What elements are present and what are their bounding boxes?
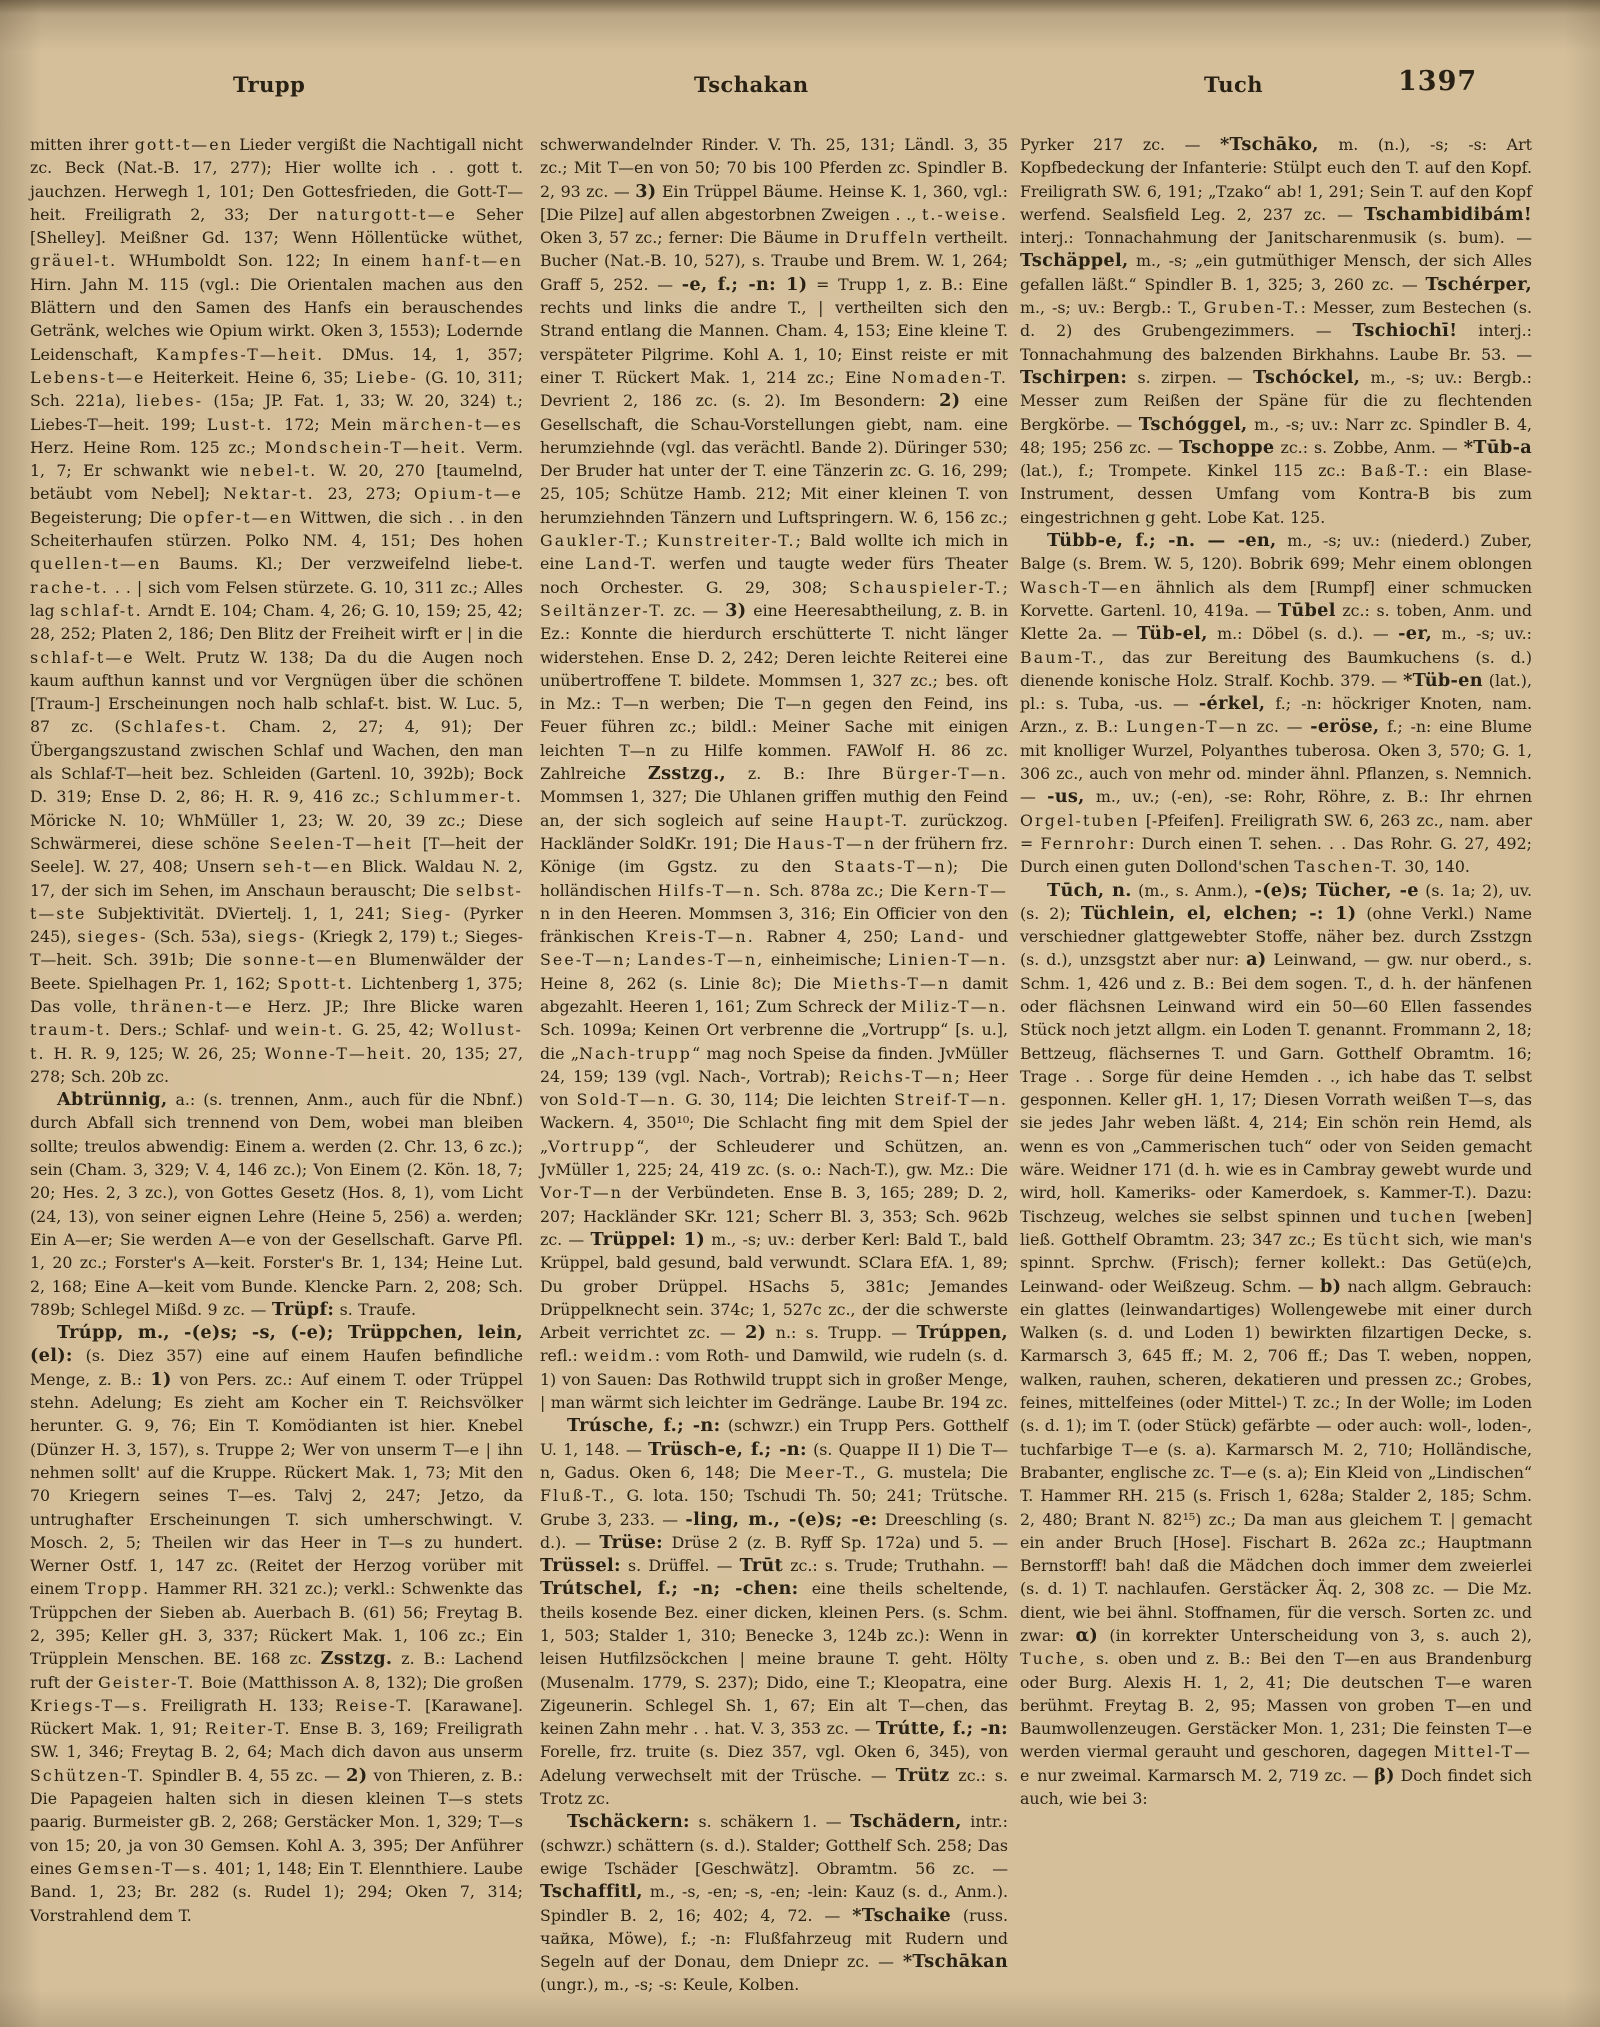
emphasized-term: Gruben-T. [1204, 298, 1301, 317]
headword: Tūbel [1278, 600, 1336, 621]
emphasized-term: Vortrupp [548, 1137, 636, 1156]
emphasized-term: Gaukler-T. [540, 531, 643, 550]
emphasized-term: Baß-T. [1361, 461, 1423, 480]
entry-paragraph: Abtrünnig, a.: (s. trennen, Anm., auch f… [30, 1088, 523, 1321]
emphasized-term: rache-t. [30, 578, 109, 597]
entry-continuation-paragraph: mitten ihrer gott-t—en Lieder vergißt di… [30, 133, 523, 1088]
emphasized-term: Lust-t. [207, 415, 274, 434]
headword: Trūt [740, 1555, 783, 1576]
headword: Tūch, n. [1047, 880, 1132, 901]
emphasized-term: Seiltänzer-T. [540, 601, 667, 620]
headword: -eröse, [1310, 716, 1379, 737]
emphasized-term: Sold-T—n. [577, 1090, 678, 1109]
emphasized-term: Kunstreiter-T. [657, 531, 796, 550]
entry-paragraph: Tschäckern: s. schäkern 1. — Tschädern, … [540, 1810, 1008, 1996]
headword: *Tüb-en [1403, 670, 1483, 691]
headword: *Tūb-a [1464, 437, 1532, 458]
headword: Tübb-e, f.; -n. — -en, [1047, 530, 1277, 551]
headword: Trútschel, f.; -n; -chen: [540, 1578, 798, 1599]
emphasized-term: Kriegs-T—s. [30, 1696, 149, 1715]
emphasized-term: traum-t. [30, 1020, 112, 1039]
emphasized-term: Nektar-t. [223, 484, 315, 503]
headword: Tschäckern: [567, 1811, 690, 1832]
entry-paragraph: Tübb-e, f.; -n. — -en, m., -s; uv.: (nie… [1020, 529, 1532, 878]
emphasized-term: Kreis-T—n. [646, 927, 755, 946]
text-column-2: schwerwandelnder Rinder. V. Th. 25, 131;… [540, 133, 1008, 1997]
headword: α) [1075, 1625, 1098, 1646]
emphasized-term: See-T—n [540, 950, 626, 969]
headword: 3) [635, 181, 656, 202]
emphasized-term: opfer-t—en [183, 508, 293, 527]
emphasized-term: Spott-t. [277, 974, 354, 993]
emphasized-term: Meer-T., [785, 1463, 867, 1482]
emphasized-term: Schauspieler-T. [849, 578, 1003, 597]
headword: Tschaffitl, [540, 1881, 643, 1902]
headword: 1) [150, 1369, 171, 1390]
headword: Zsstzg., [648, 763, 726, 784]
headword: *Tschākan [903, 1951, 1008, 1972]
headword: -e, f.; -n: 1) [682, 274, 808, 295]
page-number: 1397 [1398, 66, 1477, 97]
headword: Trüpf: [272, 1299, 334, 1320]
emphasized-term: Land- [910, 927, 966, 946]
headword: -er, [1398, 623, 1432, 644]
emphasized-term: Hilfs-T—n. [658, 881, 763, 900]
emphasized-term: siegs- [248, 927, 307, 946]
emphasized-term: Kampfes-T—heit. [156, 345, 324, 364]
emphasized-term: Gemsen-T—s. [78, 1859, 210, 1878]
emphasized-term: Seelen-T—heit [269, 834, 412, 853]
emphasized-term: Wonne-T—heit. [265, 1044, 414, 1063]
emphasized-term: seh-t—en [263, 857, 354, 876]
entry-paragraph: Trúpp, m., -(e)s; -s, (-e); Trüppchen, l… [30, 1321, 523, 1927]
entry-paragraph: Tūch, n. (m., s. Anm.), -(e)s; Tücher, -… [1020, 879, 1532, 1811]
entry-continuation-paragraph: schwerwandelnder Rinder. V. Th. 25, 131;… [540, 133, 1008, 1414]
emphasized-term: Opium-t—e [414, 484, 523, 503]
emphasized-term: Nomaden-T. [892, 368, 1008, 387]
emphasized-term: schlaf-t—e [30, 648, 135, 667]
emphasized-term: Fluß-T., [540, 1486, 617, 1505]
emphasized-term: weidm. [584, 1346, 655, 1365]
emphasized-term: t.-weise. [922, 205, 1008, 224]
emphasized-term: tücht [1349, 1230, 1401, 1249]
headword: -us, [1047, 786, 1085, 807]
headword: a) [1246, 949, 1266, 970]
headword: Tschóggel, [1139, 414, 1248, 435]
emphasized-term: Druffeln [845, 228, 928, 247]
emphasized-term: Geister-T. [98, 1673, 195, 1692]
headword: Trüppel: 1) [590, 1229, 705, 1250]
emphasized-term: nebel-t. [240, 461, 318, 480]
entry-continuation-paragraph: Pyrker 217 zc. — *Tschāko, m. (n.), -s; … [1020, 133, 1532, 529]
headword: Trúppen, [917, 1322, 1008, 1343]
headword: Tschambidibám! [1364, 204, 1532, 225]
emphasized-term: Land-T. [585, 554, 658, 573]
running-head-left: Trupp [233, 72, 305, 97]
headword: Tschäppel, [1020, 250, 1128, 271]
emphasized-term: Bürger-T—n. [882, 764, 1008, 783]
emphasized-term: Taschen-T. [1294, 857, 1398, 876]
emphasized-term: Fernrohr [1040, 834, 1129, 853]
emphasized-term: Staats-T—n [834, 857, 947, 876]
emphasized-term: Orgel-tuben [1020, 811, 1140, 830]
emphasized-term: Liebe- [356, 368, 418, 387]
emphasized-term: märchen-t—es [382, 415, 523, 434]
emphasized-term: Reichs-T—n [839, 1067, 955, 1086]
headword: Tschóckel, [1253, 367, 1360, 388]
emphasized-term: gott-t—en [135, 135, 233, 154]
emphasized-term: quellen-t—en [30, 554, 161, 573]
headword: Trüsch-e, f.; -n: [648, 1439, 807, 1460]
headword: b) [1320, 1276, 1341, 1297]
emphasized-term: Vor-T—n [540, 1183, 623, 1202]
emphasized-term: thränen-t—e [130, 997, 253, 1016]
headword: Abtrünnig, [57, 1089, 167, 1110]
emphasized-term: Reiter-T. [205, 1719, 291, 1738]
headword: -(e)s; Tücher, -e [1254, 880, 1418, 901]
emphasized-term: naturgott-t—e [317, 205, 457, 224]
emphasized-term: sieges- [77, 927, 147, 946]
headword: Tschädern, [850, 1811, 962, 1832]
emphasized-term: liebes- [136, 391, 203, 410]
headword: 2) [346, 1765, 367, 1786]
headword: Zsstzg. [321, 1648, 393, 1669]
headword: β) [1374, 1765, 1395, 1786]
emphasized-term: Miliz-T—n. [901, 997, 1008, 1016]
emphasized-term: Mieths-T—n [833, 974, 951, 993]
headword: Trütz [896, 1765, 950, 1786]
emphasized-term: Streif-T—n. [894, 1090, 1008, 1109]
emphasized-term: Schützen-T. [30, 1766, 145, 1785]
headword: Tschirpen: [1020, 367, 1127, 388]
headword: Trúsche, f.; -n: [567, 1415, 720, 1436]
emphasized-term: Linien-T—n. [888, 950, 1008, 969]
emphasized-term: schlaf-t. [60, 601, 143, 620]
emphasized-term: Tropp. [85, 1579, 150, 1598]
emphasized-term: Tuche, [1020, 1649, 1087, 1668]
entry-paragraph: Trúsche, f.; -n: (schwzr.) ein Trupp Per… [540, 1414, 1008, 1810]
text-column-1: mitten ihrer gott-t—en Lieder vergißt di… [30, 133, 523, 1927]
emphasized-term: Reise-T. [335, 1696, 414, 1715]
headword: -érkel, [1199, 693, 1265, 714]
headword: Tschérper, [1425, 274, 1532, 295]
headword: Trüse: [599, 1532, 663, 1553]
emphasized-term: hanf-t—en [422, 251, 523, 270]
text-column-3: Pyrker 217 zc. — *Tschāko, m. (n.), -s; … [1020, 133, 1532, 1810]
headword: -ling, m., -(e)s; -e: [685, 1509, 877, 1530]
headword: Trútte, f.; -n: [876, 1718, 1008, 1739]
emphasized-term: Lungen-T—n [1126, 717, 1249, 736]
headword: 2) [745, 1322, 766, 1343]
emphasized-term: Wasch-T—en [1020, 578, 1143, 597]
dictionary-page-scan: Trupp Tschakan Tuch 1397 mitten ihrer go… [0, 0, 1600, 2027]
headword: 2) [939, 390, 960, 411]
headword: Trúpp, m., -(e)s; -s, (-e); Trüppchen, l… [30, 1322, 523, 1366]
emphasized-term: Sieg- [401, 904, 452, 923]
emphasized-term: Kern-T—n [540, 881, 1008, 923]
emphasized-term: gräuel-t. [30, 251, 117, 270]
headword: *Tschaike [852, 1905, 951, 1926]
emphasized-term: Schlummer-t. [389, 787, 523, 806]
emphasized-term: Schlafes-t. [121, 717, 228, 736]
emphasized-term: Haupt-T. [825, 811, 910, 830]
emphasized-term: sonne-t—en [243, 950, 358, 969]
headword: Tüb-el, [1137, 623, 1208, 644]
emphasized-term: Nach-trupp [579, 1044, 692, 1063]
running-head: Trupp Tschakan Tuch 1397 [0, 66, 1600, 102]
emphasized-term: Lebens-t—e [30, 368, 145, 387]
headword: *Tschāko, [1220, 134, 1319, 155]
headword: Tüchlein, el, elchen; -: 1) [1081, 903, 1357, 924]
headword: Trüssel: [540, 1555, 621, 1576]
headword: 3) [725, 600, 746, 621]
emphasized-term: Mittel-T—e [1020, 1742, 1532, 1784]
emphasized-term: tuchen [1390, 1207, 1458, 1226]
running-head-center: Tschakan [694, 72, 809, 97]
emphasized-term: Mondschein-T—heit. [265, 438, 468, 457]
headword: Tschoppe [1179, 437, 1274, 458]
running-head-right: Tuch [1204, 72, 1263, 97]
headword: Tschiochī! [1353, 320, 1458, 341]
emphasized-term: wein-t. [275, 1020, 345, 1039]
emphasized-term: Baum-T., [1020, 648, 1106, 667]
text-columns: mitten ihrer gott-t—en Lieder vergißt di… [30, 133, 1562, 1997]
emphasized-term: Haus-T—n [777, 834, 877, 853]
emphasized-term: Landes-T—n, [637, 950, 764, 969]
